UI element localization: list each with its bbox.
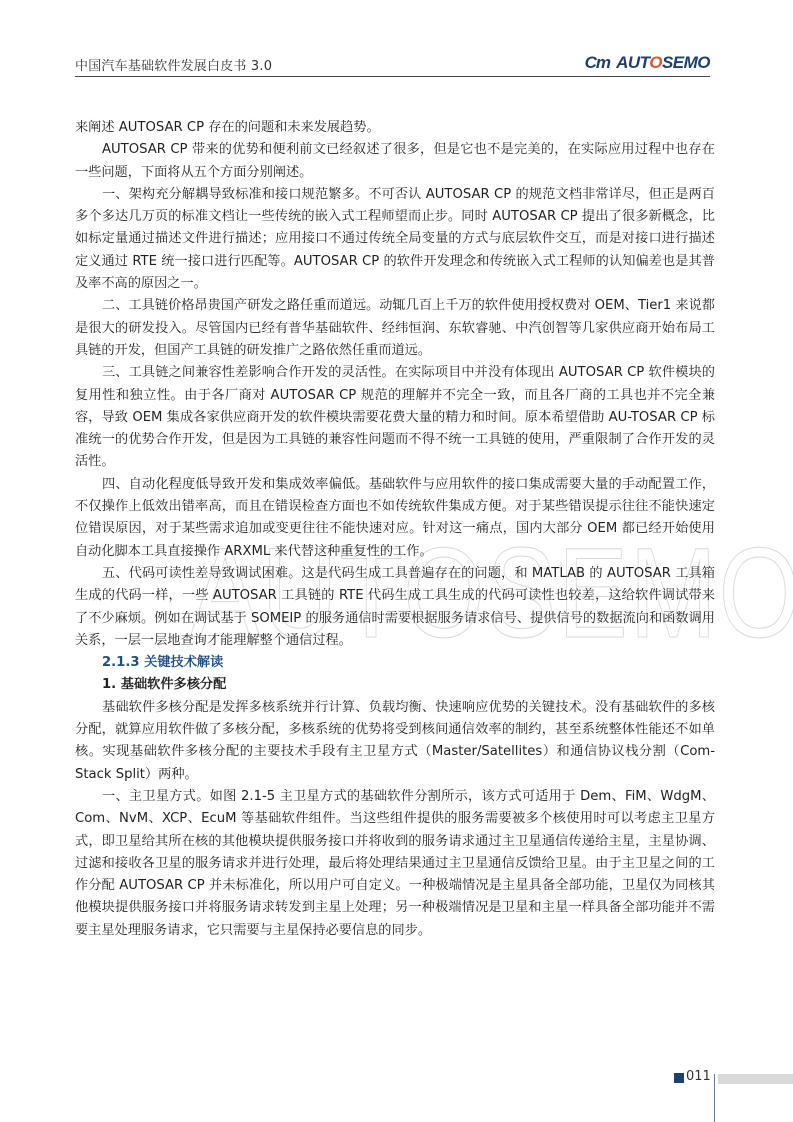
paragraph-multicore-intro: 基础软件多核分配是发挥多核系统并行计算、负载均衡、快速响应优势的关键技术。没有基… (75, 697, 715, 786)
logo-cm-mark: Cm (585, 53, 610, 73)
paragraph-problem-5: 五、代码可读性差导致调试困难。这是代码生成工具普遍存在的问题，和 MATLAB … (75, 563, 715, 652)
paragraph-intro-continued: 来阐述 AUTOSAR CP 存在的问题和未来发展趋势。 (75, 117, 715, 139)
page-body: 来阐述 AUTOSAR CP 存在的问题和未来发展趋势。 AUTOSAR CP … (75, 117, 715, 942)
document-title: 中国汽车基础软件发展白皮书 3.0 (75, 55, 272, 74)
logo-wordmark: AUTOSEMO (616, 53, 710, 73)
page-number: 011 (686, 1069, 711, 1084)
subsection-heading: 1. 基础软件多核分配 (75, 674, 715, 696)
paragraph-problem-2: 二、工具链价格昂贵国产研发之路任重而道远。动辄几百上千万的软件使用授权费对 OE… (75, 295, 715, 362)
section-heading: 2.1.3 关键技术解读 (75, 652, 715, 674)
logo-gear-o: O (649, 53, 662, 72)
autosemo-logo: Cm AUTOSEMO (585, 53, 710, 73)
footer-divider (714, 1074, 715, 1122)
footer-bar (718, 1074, 793, 1084)
paragraph-master-satellite: 一、主卫星方式。如图 2.1-5 主卫星方式的基础软件分割所示，该方式可适用于 … (75, 786, 715, 942)
paragraph-problem-4: 四、自动化程度低导致开发和集成效率偏低。基础软件与应用软件的接口集成需要大量的手… (75, 474, 715, 563)
paragraph-problem-3: 三、工具链之间兼容性差影响合作开发的灵活性。在实际项目中并没有体现出 AUTOS… (75, 362, 715, 473)
paragraph-problem-1: 一、架构充分解耦导致标准和接口规范繁多。不可否认 AUTOSAR CP 的规范文… (75, 184, 715, 295)
paragraph-problems-intro: AUTOSAR CP 带来的优势和便利前文已经叙述了很多，但是它也不是完美的，在… (75, 139, 715, 184)
page-marker-square (674, 1073, 684, 1083)
page-header: 中国汽车基础软件发展白皮书 3.0 Cm AUTOSEMO (75, 52, 710, 77)
